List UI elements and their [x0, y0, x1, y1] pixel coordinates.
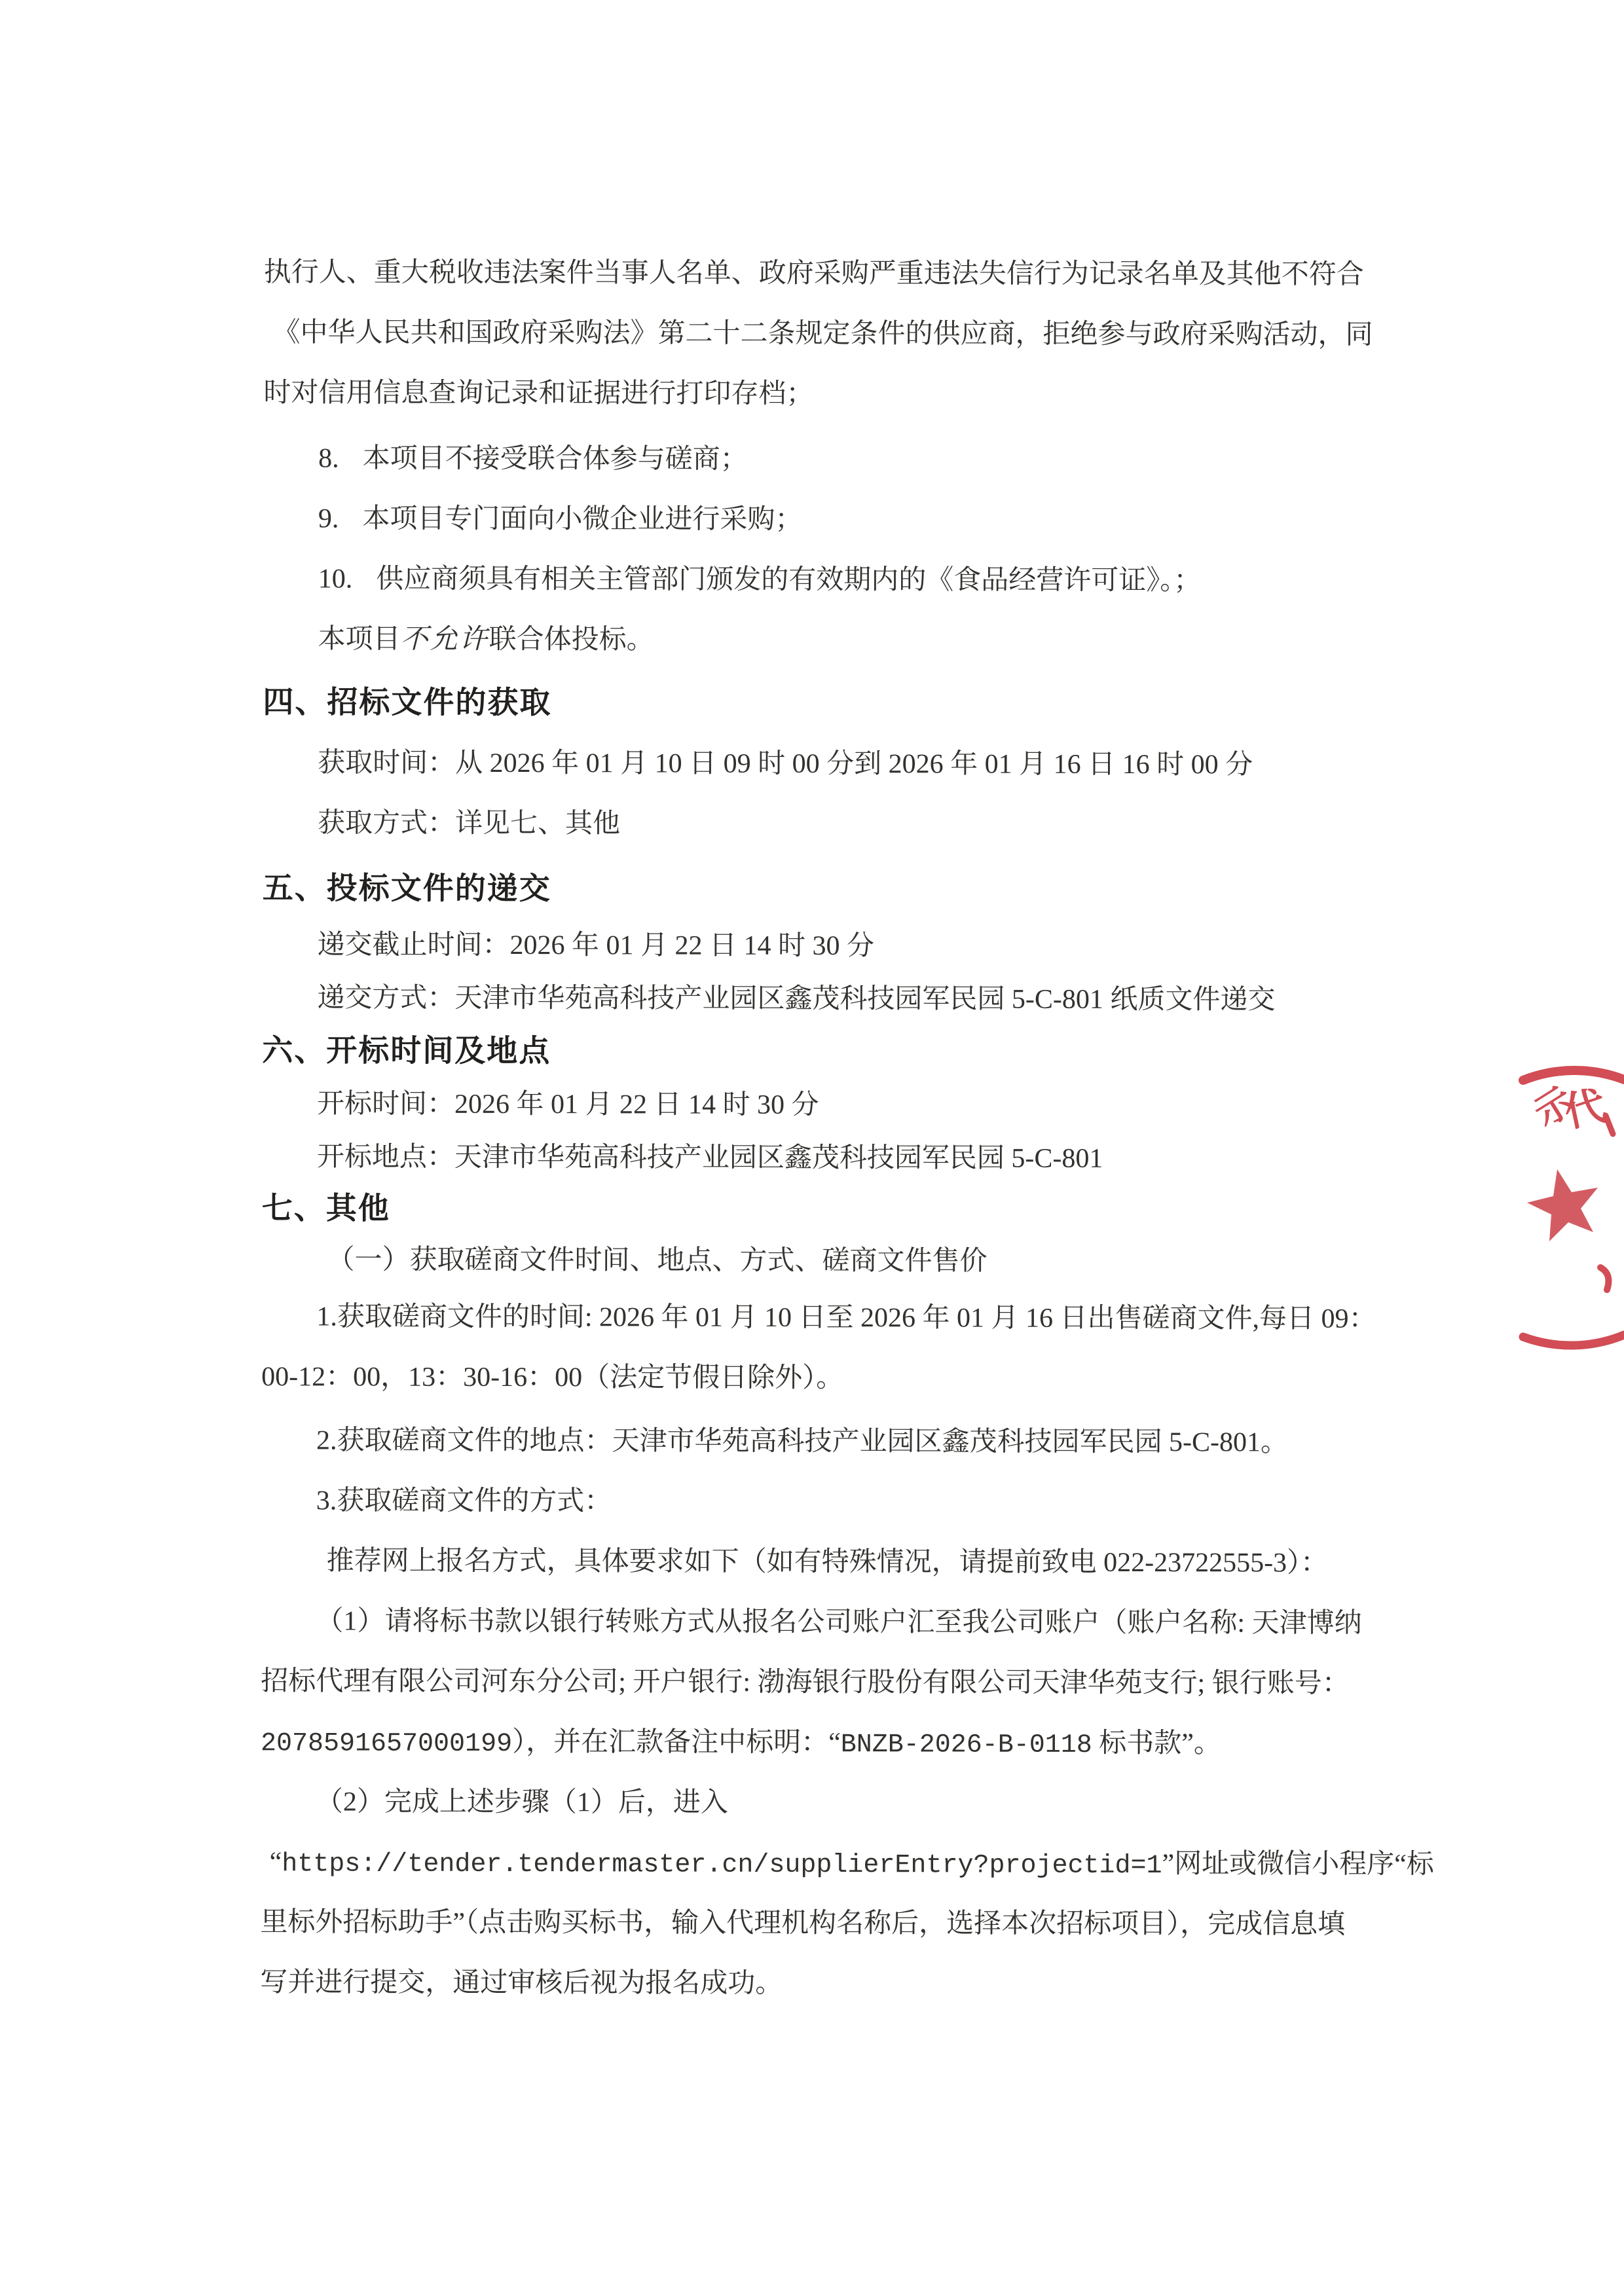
remit-note-tail: 标书款”。 [1092, 1728, 1221, 1758]
section-7-item-2: 2.获取磋商文件的地点：天津市华苑高科技产业园区鑫茂科技园军民园 5-C-801… [261, 1410, 1375, 1473]
step-1-line-3: 2078591657000199），并在汇款备注中标明：“BNZB-2026-B… [261, 1711, 1374, 1774]
list-item-8: 8.本项目不接受联合体参与磋商； [263, 428, 1376, 491]
no-consortium-note: 本项目不允许联合体投标。 [263, 609, 1376, 672]
list-item-10: 10.供应商须具有相关主管部门颁发的有效期内的《食品经营许可证》。； [263, 549, 1376, 611]
step-2-line-3: 里标外招标助手”（点击购买标书，输入代理机构名称后，选择本次招标项目），完成信息… [260, 1892, 1373, 1955]
section-7-item-1-line-2: 00-12：00，13：30-16：00（法定节假日除外）。 [261, 1347, 1375, 1410]
step-2-line-2: “https://tender.tendermaster.cn/supplier… [261, 1832, 1374, 1895]
list-item-8-text: 本项目不接受联合体参与磋商； [363, 444, 748, 475]
project-code: BNZB-2026-B-0118 [841, 1730, 1092, 1760]
section-7-heading: 七、其他 [262, 1184, 1375, 1236]
bank-account-number: 2078591657000199 [261, 1729, 512, 1759]
section-6-heading: 六、开标时间及地点 [262, 1025, 1375, 1080]
section-7-recommend-line: 推荐网上报名方式，具体要求如下（如有特殊情况，请提前致电 022-2372255… [261, 1531, 1375, 1594]
scanned-document-page: 执行人、重大税收违法案件当事人名单、政府采购严重违法失信行为记录名单及其他不符合… [0, 0, 1624, 2296]
list-item-10-text: 供应商须具有相关主管部门颁发的有效期内的《食品经营许可证》。； [376, 564, 1201, 596]
url-tail-text: ”网址或微信小程序“标 [1162, 1849, 1433, 1880]
red-seal-stamp: 示 代 [1472, 1040, 1624, 1370]
supplier-entry-url: https://tender.tendermaster.cn/supplierE… [282, 1850, 1162, 1881]
stamp-bottom-arc [1523, 1335, 1624, 1345]
no-consortium-prefix: 本项目 [318, 624, 401, 654]
step-1-line-2: 招标代理有限公司河东分公司; 开户银行: 渤海银行股份有限公司天津华苑支行; 银… [261, 1651, 1374, 1714]
remit-note-text: ），并在汇款备注中标明：“ [512, 1727, 841, 1758]
list-item-10-number: 10. [318, 549, 353, 609]
section-7-item-3: 3.获取磋商文件的方式： [261, 1470, 1375, 1533]
step-2-line-1: （2）完成上述步骤（1）后，进入 [261, 1772, 1374, 1834]
stamp-star-icon [1527, 1169, 1598, 1241]
section-5-method: 递交方式：天津市华苑高科技产业园区鑫茂科技园军民园 5-C-801 纸质文件递交 [262, 972, 1375, 1027]
section-4-heading: 四、招标文件的获取 [263, 672, 1376, 735]
section-4-obtain-method: 获取方式：详见七、其他 [263, 793, 1376, 856]
list-item-9: 9.本项目专门面向小微企业进行采购； [263, 488, 1376, 551]
stamp-top-arc [1523, 1070, 1624, 1080]
section-4-obtain-time: 获取时间：从 2026 年 01 月 10 日 09 时 00 分到 2026 … [263, 733, 1376, 795]
section-7-sub1-heading: （一）获取磋商文件时间、地点、方式、磋商文件售价 [261, 1233, 1375, 1289]
url-open-quote: “ [270, 1847, 282, 1877]
document-body: 执行人、重大税收违法案件当事人名单、政府采购严重违法失信行为记录名单及其他不符合… [260, 242, 1377, 2015]
step-2-line-4: 写并进行提交，通过审核后视为报名成功。 [260, 1952, 1373, 2015]
intro-paragraph-line-2: 《中华人民共和国政府采购法》第二十二条规定条件的供应商，拒绝参与政府采购活动，同 [263, 302, 1376, 365]
list-item-8-number: 8. [318, 428, 339, 488]
intro-paragraph-line-3: 时对信用信息查询记录和证据进行打印存档； [263, 363, 1376, 426]
step-1-line-1: （1）请将标书款以银行转账方式从报名公司账户汇至我公司账户（账户名称: 天津博纳 [261, 1591, 1374, 1654]
section-5-heading: 五、投标文件的递交 [263, 858, 1376, 921]
list-item-9-number: 9. [318, 488, 339, 549]
intro-paragraph-line-1: 执行人、重大税收违法案件当事人名单、政府采购严重违法失信行为记录名单及其他不符合 [264, 242, 1377, 305]
section-6-open-place: 开标地点：天津市华苑高科技产业园区鑫茂科技园军民园 5-C-801 [262, 1131, 1375, 1186]
section-6-open-time: 开标时间：2026 年 01 月 22 日 14 时 30 分 [262, 1078, 1375, 1133]
no-consortium-suffix: 联合体投标。 [489, 625, 654, 655]
stamp-comma-mark [1600, 1267, 1608, 1290]
section-7-item-1-line-1: 1.获取磋商文件的时间: 2026 年 01 月 10 日至 2026 年 01… [261, 1286, 1375, 1349]
list-item-9-text: 本项目专门面向小微企业进行采购； [362, 504, 802, 535]
no-consortium-emphasis: 不允许 [401, 625, 489, 655]
section-5-deadline: 递交截止时间：2026 年 01 月 22 日 14 时 30 分 [263, 919, 1376, 974]
stamp-char-2: 代 [1560, 1084, 1610, 1136]
